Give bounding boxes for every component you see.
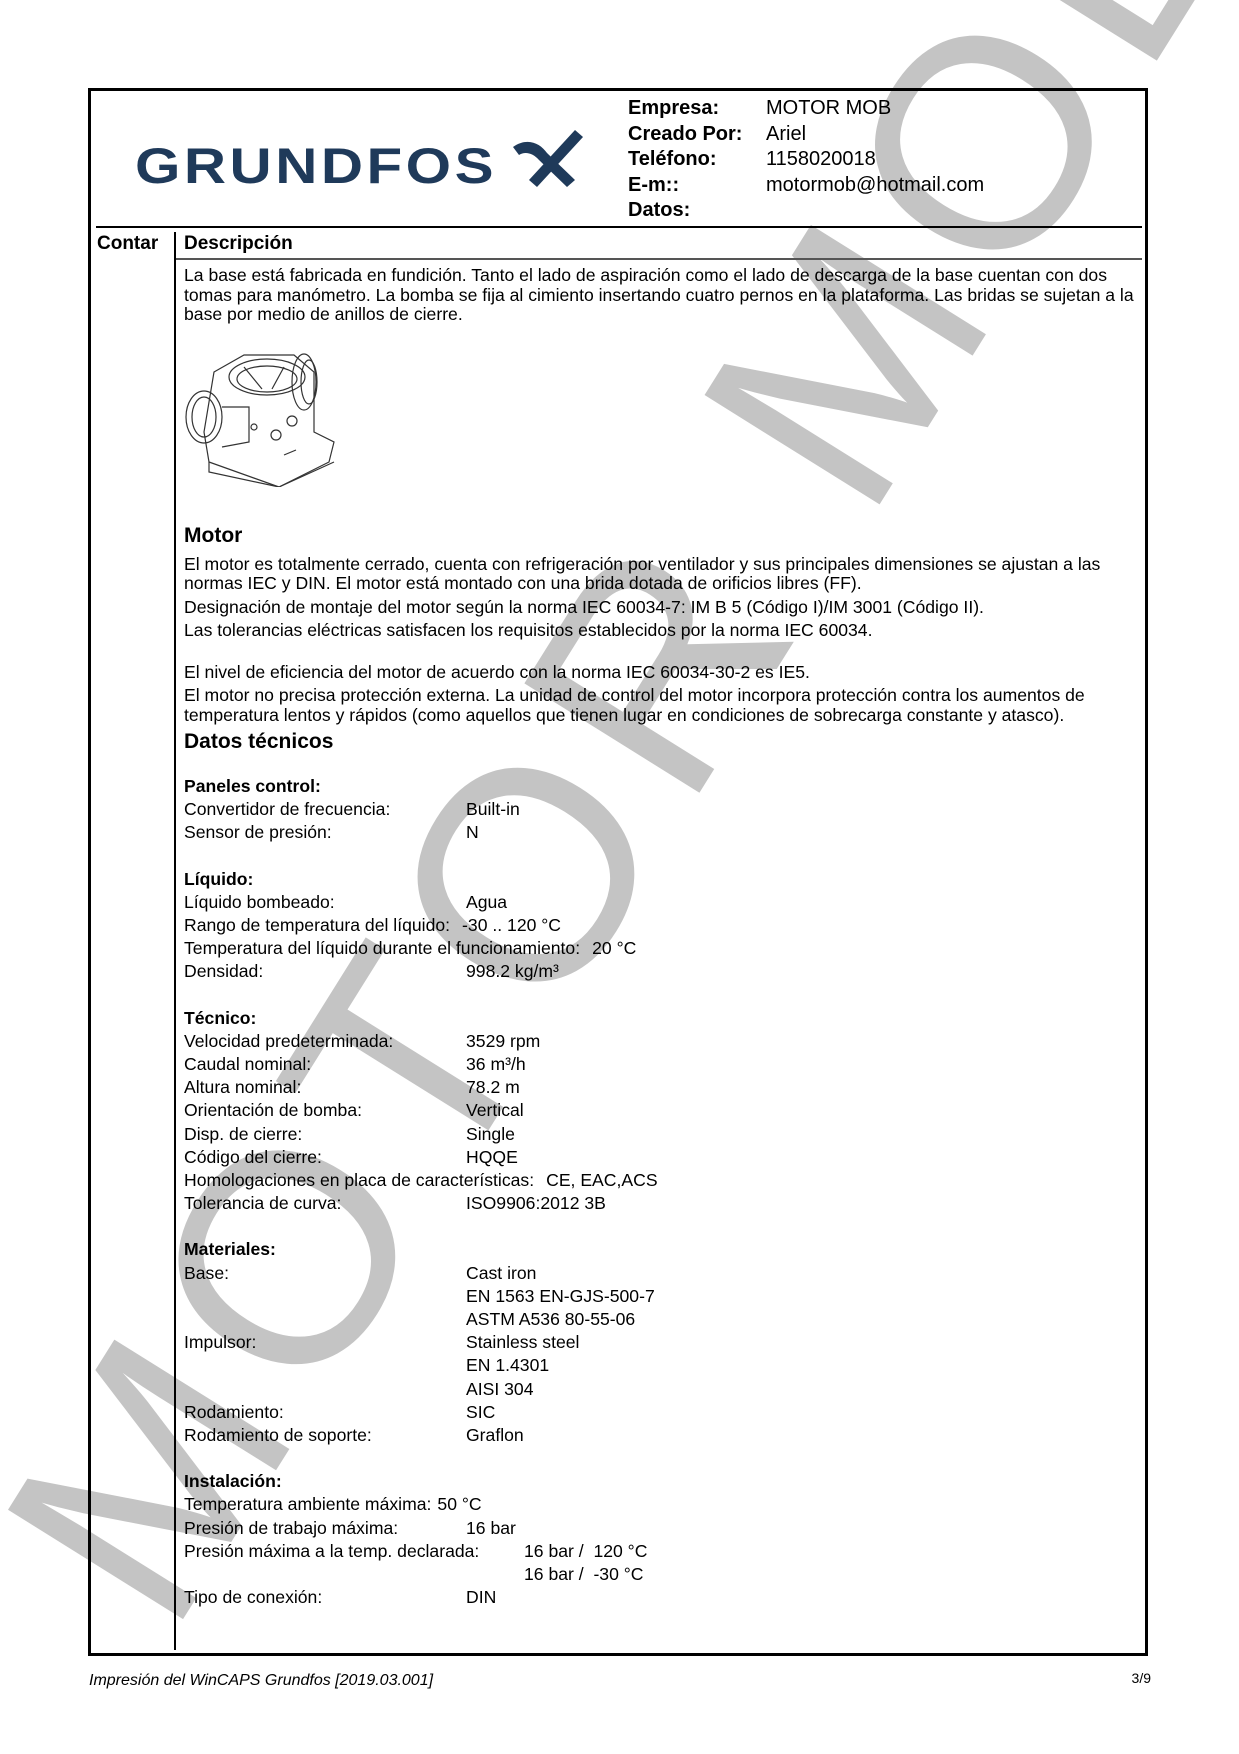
column-header-count: Contar <box>97 233 158 255</box>
installation-heading: Instalación: <box>184 1470 1134 1493</box>
company-row: Empresa: MOTOR MOB <box>628 96 984 122</box>
email-row: E-m:: motormob@hotmail.com <box>628 173 984 199</box>
spec-row: Presión máxima a la temp. declarada:16 b… <box>184 1540 1134 1563</box>
spec-row: Altura nominal:78.2 m <box>184 1076 1134 1099</box>
svg-text:GRUNDFOS: GRUNDFOS <box>135 138 497 194</box>
spec-row: Velocidad predeterminada:3529 rpm <box>184 1030 1134 1053</box>
page-number: 3/9 <box>1132 1670 1151 1686</box>
company-value: MOTOR MOB <box>766 96 891 122</box>
spec-row: Convertidor de frecuencia:Built-in <box>184 798 1134 821</box>
header-divider <box>96 226 1142 228</box>
spec-row: Líquido bombeado:Agua <box>184 891 1134 914</box>
technical-heading: Técnico: <box>184 1007 1134 1030</box>
spec-row: Rango de temperatura del líquido:-30 .. … <box>184 914 1134 937</box>
created-by-row: Creado Por: Ariel <box>628 122 984 148</box>
spec-row: Caudal nominal:36 m³/h <box>184 1053 1134 1076</box>
phone-value: 1158020018 <box>766 147 876 173</box>
footer-printed-by: Impresión del WinCAPS Grundfos [2019.03.… <box>89 1672 433 1690</box>
spec-row: Base:Cast iron <box>184 1262 1134 1285</box>
spec-row: Tolerancia de curva:ISO9906:2012 3B <box>184 1192 1134 1215</box>
spec-row: Rodamiento:SIC <box>184 1401 1134 1424</box>
spec-row: 16 bar / -30 °C <box>184 1563 1134 1586</box>
spec-row: Orientación de bomba:Vertical <box>184 1099 1134 1122</box>
spec-row: Homologaciones en placa de característic… <box>184 1169 1134 1192</box>
spec-row: Temperatura del líquido durante el funci… <box>184 937 1134 960</box>
column-header-divider <box>176 258 1142 260</box>
grundfos-x-icon <box>513 130 583 187</box>
spec-row: AISI 304 <box>184 1378 1134 1401</box>
created-by-value: Ariel <box>766 122 806 148</box>
spec-row: Impulsor:Stainless steel <box>184 1331 1134 1354</box>
spec-row: Código del cierre:HQQE <box>184 1146 1134 1169</box>
header-info: Empresa: MOTOR MOB Creado Por: Ariel Tel… <box>628 96 984 224</box>
date-row: Datos: <box>628 198 984 224</box>
column-divider <box>174 232 176 1650</box>
motor-paragraph: El motor es totalmente cerrado, cuenta c… <box>184 555 1134 594</box>
motor-paragraph: Las tolerancias eléctricas satisfacen lo… <box>184 621 1134 641</box>
description-content: La base está fabricada en fundición. Tan… <box>184 266 1134 1610</box>
tech-data-heading: Datos técnicos <box>184 729 1134 755</box>
motor-paragraph: El motor no precisa protección externa. … <box>184 686 1134 725</box>
spec-row: Densidad:998.2 kg/m³ <box>184 960 1134 983</box>
spec-row: ASTM A536 80-55-06 <box>184 1308 1134 1331</box>
spec-row: EN 1563 EN-GJS-500-7 <box>184 1285 1134 1308</box>
grundfos-logo: GRUNDFOS <box>135 125 585 195</box>
liquid-heading: Líquido: <box>184 868 1134 891</box>
email-value: motormob@hotmail.com <box>766 173 984 199</box>
base-description: La base está fabricada en fundición. Tan… <box>184 266 1134 325</box>
spec-row: Tipo de conexión:DIN <box>184 1586 1134 1609</box>
spec-row: Disp. de cierre:Single <box>184 1123 1134 1146</box>
materials-heading: Materiales: <box>184 1238 1134 1261</box>
spec-row: Rodamiento de soporte:Graflon <box>184 1424 1134 1447</box>
pump-base-image <box>184 337 344 487</box>
motor-paragraph: El nivel de eficiencia del motor de acue… <box>184 663 1134 683</box>
control-panel-heading: Paneles control: <box>184 775 1134 798</box>
spec-row: Sensor de presión:N <box>184 821 1134 844</box>
phone-row: Teléfono: 1158020018 <box>628 147 984 173</box>
column-header-description: Descripción <box>184 233 293 255</box>
spec-row: Temperatura ambiente máxima:50 °C <box>184 1493 1134 1516</box>
motor-heading: Motor <box>184 523 1134 549</box>
motor-paragraph: Designación de montaje del motor según l… <box>184 598 1134 618</box>
spec-row: EN 1.4301 <box>184 1354 1134 1377</box>
spec-row: Presión de trabajo máxima:16 bar <box>184 1517 1134 1540</box>
